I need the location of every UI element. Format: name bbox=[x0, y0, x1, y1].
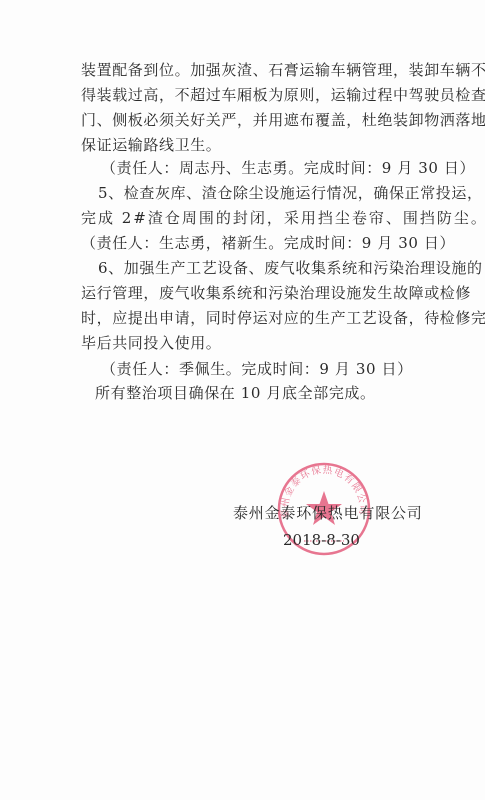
responsibility-line: （责任人：生志勇，褚新生。完成时间：9 月 30 日） bbox=[81, 233, 455, 253]
paragraph-line: 得装载过高，不超过车厢板为原则，运输过程中驾驶员检查好后 bbox=[81, 85, 411, 105]
responsibility-line: （责任人：季佩生。完成时间：9 月 30 日） bbox=[101, 359, 413, 379]
closing-statement: 所有整治项目确保在 10 月底全部完成。 bbox=[95, 383, 376, 403]
item-6-line: 毕后共同投入使用。 bbox=[81, 333, 221, 353]
item-6-line: 6、加强生产工艺设备、废气收集系统和污染治理设施的 bbox=[98, 258, 411, 278]
paragraph-line: 保证运输路线卫生。 bbox=[81, 135, 221, 155]
item-5-line: 5、检查灰库、渣仓除尘设施运行情况，确保正常投运， bbox=[98, 183, 411, 203]
paragraph-line: 门、侧板必须关好关严，并用遮布覆盖，杜绝装卸物洒落地面， bbox=[81, 110, 411, 130]
item-6-line: 时，应提出申请，同时停运对应的生产工艺设备，待检修完 bbox=[81, 308, 411, 328]
item-5-line: 完成 2#渣仓周围的封闭，采用挡尘卷帘、围挡防尘。 bbox=[81, 208, 411, 228]
paragraph-line: 装置配备到位。加强灰渣、石膏运输车辆管理，装卸车辆不 bbox=[81, 60, 411, 80]
item-6-line: 运行管理，废气收集系统和污染治理设施发生故障或检修 bbox=[81, 283, 411, 303]
document-page: 装置配备到位。加强灰渣、石膏运输车辆管理，装卸车辆不 得装载过高，不超过车厢板为… bbox=[0, 0, 485, 800]
responsibility-line: （责任人：周志丹、生志勇。完成时间：9 月 30 日） bbox=[101, 158, 475, 178]
company-signature: 泰州金泰环保热电有限公司 bbox=[233, 503, 423, 523]
signature-date: 2018-8-30 bbox=[283, 530, 360, 550]
